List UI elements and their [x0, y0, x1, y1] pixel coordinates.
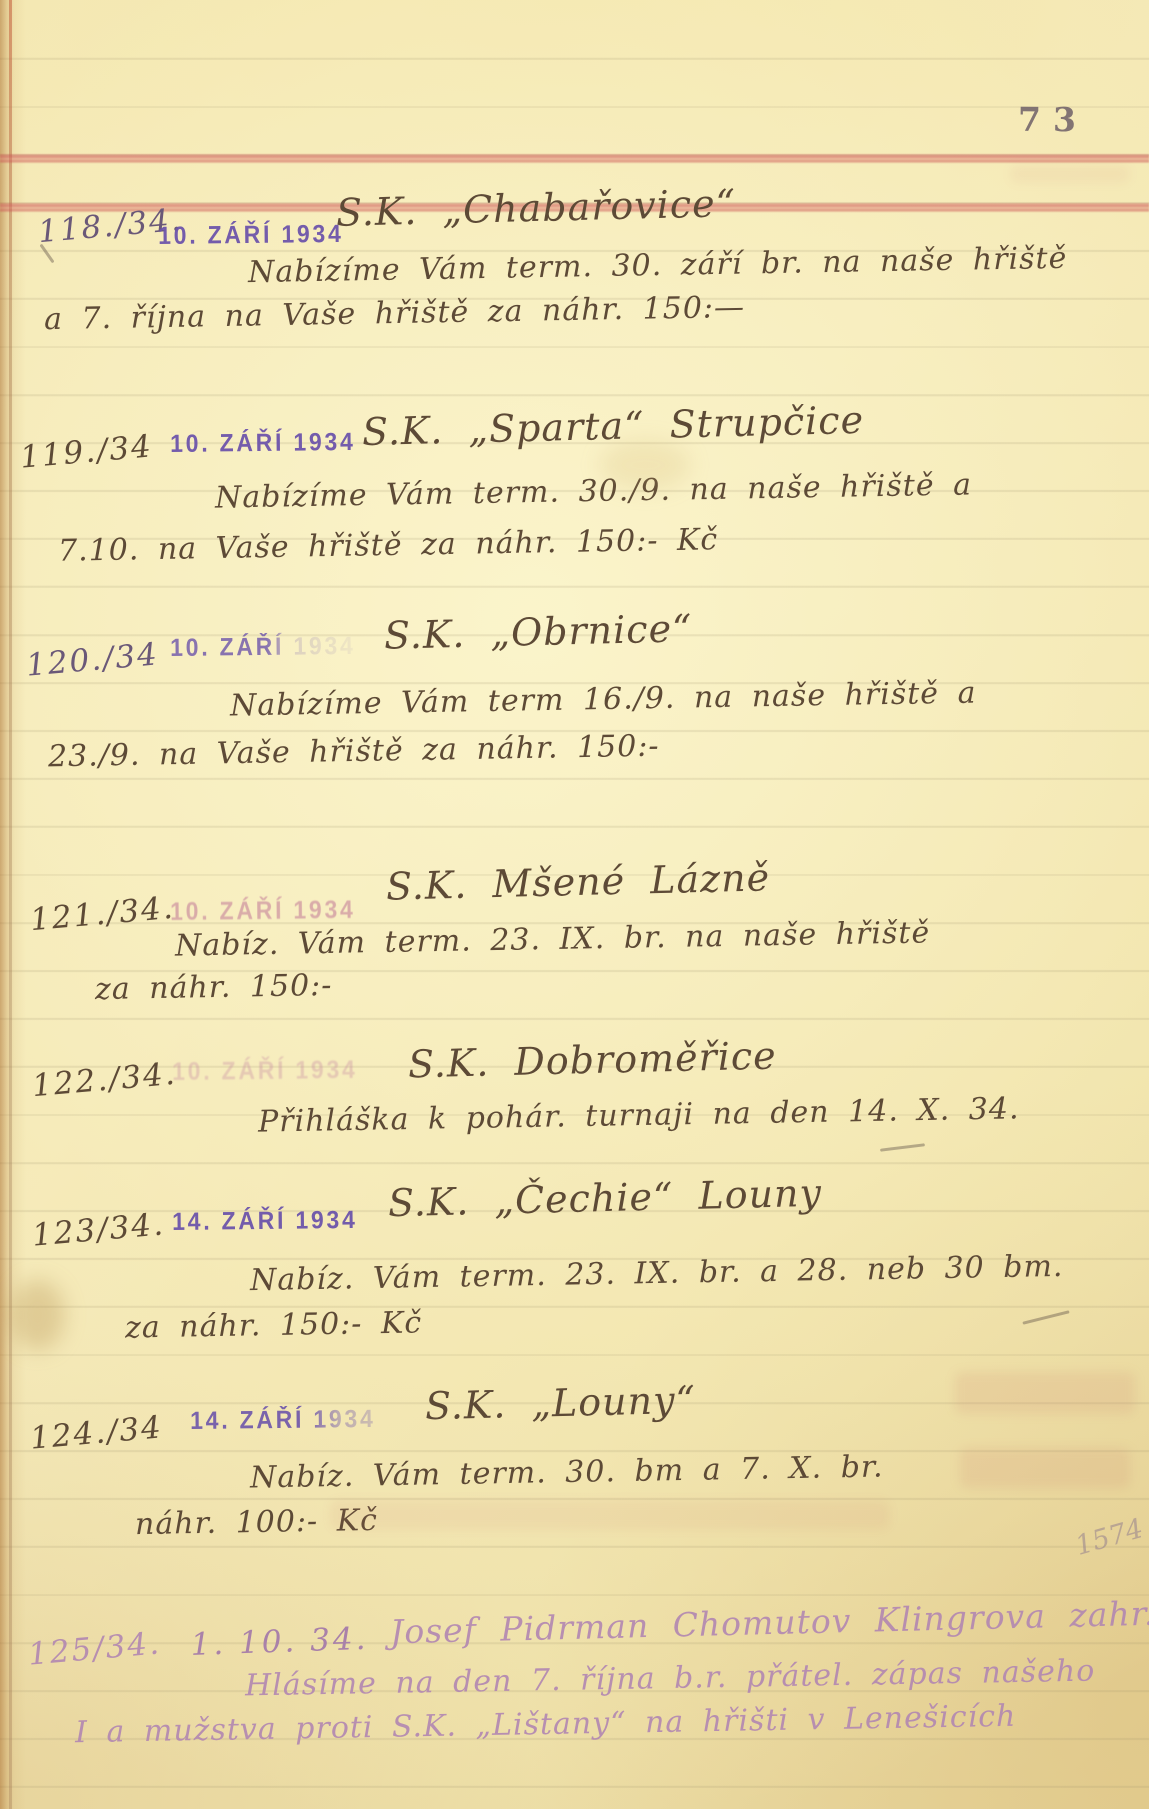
entry-row: 123/34.14. ZÁŘÍ 1934S.K. „Čechie“ LounyN… — [0, 1180, 1149, 1340]
entry-body-line: Hlásíme na den 7. října b.r. přátel. záp… — [245, 1654, 1096, 1704]
page-number: 73 — [1018, 100, 1088, 140]
entry-body-line: za náhr. 150:- — [95, 968, 333, 1007]
entry-body-line: a 7. října na Vaše hřiště za náhr. 150:— — [44, 290, 746, 337]
entry-ref-number: 124./34 — [29, 1409, 165, 1456]
paper-stain — [600, 440, 690, 490]
entry-ref-number: 125/34. — [27, 1625, 163, 1672]
entry-row: 120./3410. ZÁŘÍ 1934S.K. „Obrnice“Nabízí… — [0, 612, 1149, 772]
entry-row: 119./3410. ZÁŘÍ 1934S.K. „Sparta“ Strupč… — [0, 408, 1149, 568]
red-rule-top — [0, 154, 1149, 163]
entry-body-line: Nabízíme Vám term. 30./9. na naše hřiště… — [215, 467, 973, 515]
club-title: S.K. „Louny“ — [425, 1378, 697, 1429]
entry-row: 121./34.10. ZÁŘÍ 1934S.K. Mšené LázněNab… — [0, 860, 1149, 1020]
entry-ref-number: 121./34. — [29, 890, 176, 938]
entry-body-line: I a mužstva proti S.K. „Lištany“ na hřiš… — [75, 1699, 1017, 1750]
club-title: S.K. „Čechie“ Louny — [388, 1171, 823, 1226]
paper-stain — [10, 1280, 65, 1350]
club-title: S.K. „Obrnice“ — [384, 606, 693, 658]
entry-ref-number: 123/34. — [31, 1206, 167, 1253]
entry-body-line: Nabízíme Vám term. 30. září br. na naše … — [248, 241, 1068, 290]
entry-body-line: 23./9. na Vaše hřiště za náhr. 150:- — [48, 729, 660, 775]
date-stamp: 14. ZÁŘÍ 1934 — [190, 1405, 376, 1436]
club-title: S.K. Mšené Lázně — [386, 855, 771, 908]
entry-body-line: Přihláška k pohár. turnaji na den 14. X.… — [258, 1091, 1020, 1139]
date-stamp: 14. ZÁŘÍ 1934 — [172, 1206, 358, 1237]
club-title: S.K. „Chabařovice“ — [336, 181, 737, 235]
ledger-page: 73 118./34.10. ZÁŘÍ 1934S.K. „Chabařovic… — [0, 0, 1149, 1809]
bleed-through — [955, 1372, 1135, 1414]
bleed-through — [1010, 165, 1130, 183]
date-stamp: 10. ZÁŘÍ 1934 — [172, 1056, 358, 1087]
date-stamp: 10. ZÁŘÍ 1934 — [170, 896, 356, 927]
handwritten-date: 1. 10. 34. — [190, 1621, 369, 1663]
date-stamp: 10. ZÁŘÍ 1934 — [158, 220, 344, 251]
entry-body-line: Nabíz. Vám term. 23. IX. br. a 28. neb 3… — [250, 1249, 1064, 1298]
entry-ref-number: 120./34 — [25, 636, 161, 683]
entry-ref-number: 119./34 — [19, 428, 155, 475]
date-stamp: 10. ZÁŘÍ 1934 — [170, 632, 356, 663]
entry-body-line: za náhr. 150:- Kč — [125, 1305, 423, 1345]
date-stamp: 10. ZÁŘÍ 1934 — [170, 428, 356, 459]
entry-ref-number: 122./34. — [31, 1056, 178, 1104]
entry-body-line: 7.10. na Vaše hřiště za náhr. 150:- Kč — [58, 522, 719, 569]
entry-row: 118./34.10. ZÁŘÍ 1934S.K. „Chabařovice“N… — [0, 192, 1149, 352]
entry-row: 125/34.1. 10. 34.Josef Pidrman Chomutov … — [0, 1605, 1149, 1765]
bleed-through — [960, 1448, 1130, 1488]
bleed-through — [330, 1500, 890, 1530]
entry-body-line: Nabíz. Vám term. 30. bm a 7. X. br. — [250, 1449, 884, 1495]
entry-body-line: Nabízíme Vám term 16./9. na naše hřiště … — [230, 675, 977, 723]
club-title: S.K. Dobroměřice — [408, 1034, 778, 1087]
